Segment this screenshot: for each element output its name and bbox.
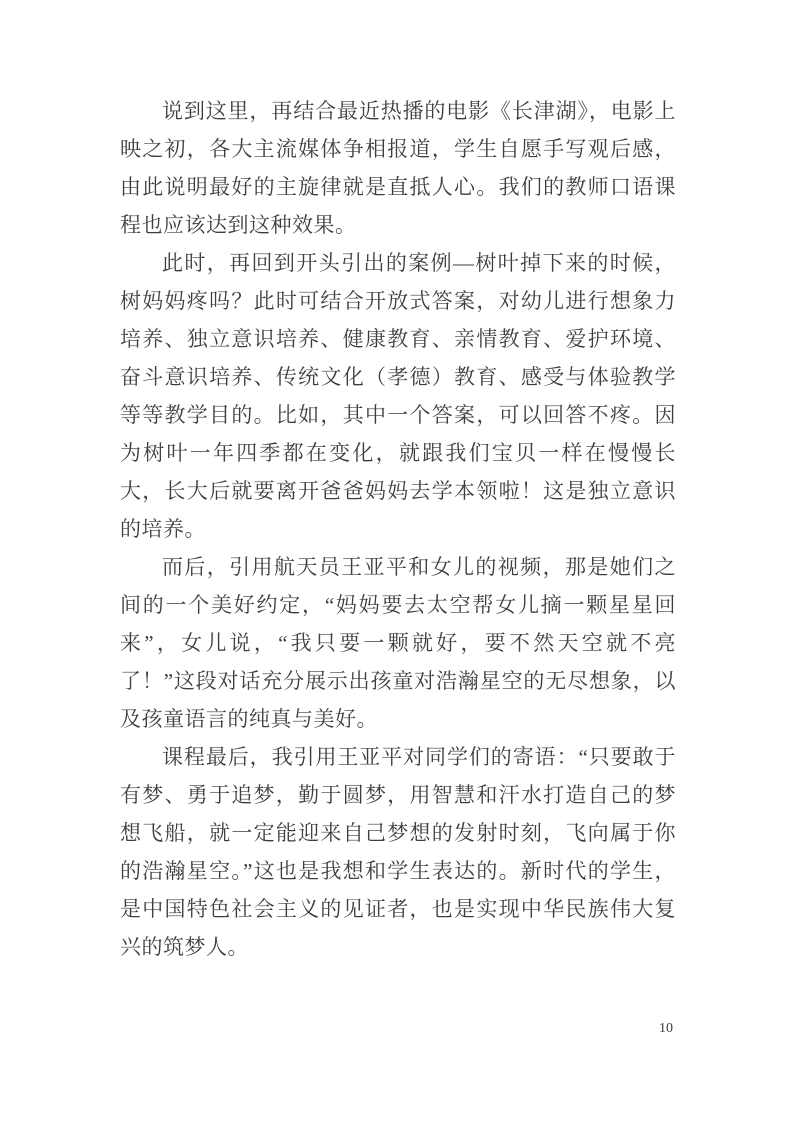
paragraph-4: 课程最后，我引用王亚平对同学们的寄语：“只要敢于有梦、勇于追梦，勤于圆梦，用智慧… (120, 738, 676, 966)
document-page: 说到这里，再结合最近热播的电影《长津湖》，电影上映之初，各大主流媒体争相报道，学… (0, 0, 794, 1123)
paragraph-3: 而后，引用航天员王亚平和女儿的视频，那是她们之间的一个美好约定，“妈妈要去太空帮… (120, 548, 676, 738)
paragraph-1: 说到这里，再结合最近热播的电影《长津湖》，电影上映之初，各大主流媒体争相报道，学… (120, 92, 676, 244)
paragraph-2: 此时，再回到开头引出的案例—树叶掉下来的时候，树妈妈疼吗？此时可结合开放式答案，… (120, 244, 676, 548)
page-number: 10 (659, 1020, 673, 1038)
document-body: 说到这里，再结合最近热播的电影《长津湖》，电影上映之初，各大主流媒体争相报道，学… (120, 92, 676, 966)
